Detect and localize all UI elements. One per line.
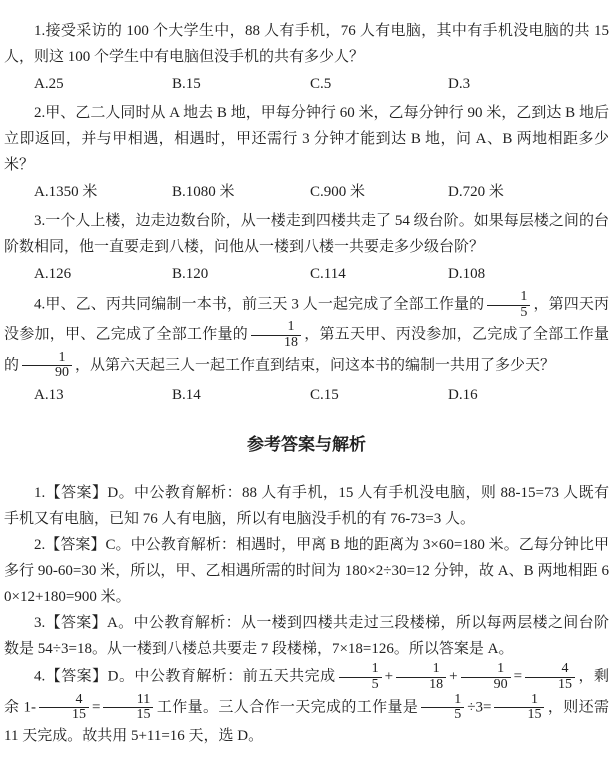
option-a: A.1350 米	[34, 179, 172, 205]
exam-document: 1.接受采访的 100 个大学生中，88 人有手机，76 人有电脑，其中有手机没…	[0, 0, 615, 757]
fraction: 190	[461, 662, 511, 692]
option-a: A.13	[34, 382, 172, 408]
question-1-text: 1.接受采访的 100 个大学生中，88 人有手机，76 人有电脑，其中有手机没…	[4, 18, 609, 70]
answers-heading: 参考答案与解析	[4, 434, 609, 456]
fraction: 415	[525, 662, 575, 692]
option-b: B.120	[172, 261, 310, 287]
option-c: C.900 米	[310, 179, 448, 205]
option-c: C.15	[310, 382, 448, 408]
fraction: 118	[251, 320, 301, 350]
answer-1-text: 1.【答案】D。中公教育解析：88 人有手机，15 人有手机没电脑，则 88-1…	[4, 480, 609, 532]
option-b: B.14	[172, 382, 310, 408]
option-b: B.15	[172, 71, 310, 97]
option-d: D.3	[448, 71, 586, 97]
fraction: 15	[339, 662, 382, 692]
question-2-options: A.1350 米 B.1080 米 C.900 米 D.720 米	[4, 179, 609, 205]
option-a: A.126	[34, 261, 172, 287]
option-a: A.25	[34, 71, 172, 97]
option-d: D.108	[448, 261, 586, 287]
option-c: C.114	[310, 261, 448, 287]
answer-2-text: 2.【答案】C。中公教育解析：相遇时，甲离 B 地的距离为 3×60=180 米…	[4, 532, 609, 610]
question-4-options: A.13 B.14 C.15 D.16	[4, 382, 609, 408]
fraction: 15	[421, 693, 464, 723]
question-3-options: A.126 B.120 C.114 D.108	[4, 261, 609, 287]
question-3-text: 3.一个人上楼，边走边数台阶，从一楼走到四楼共走了 54 级台阶。如果每层楼之间…	[4, 208, 609, 260]
fraction: 415	[39, 693, 89, 723]
fraction: 118	[396, 662, 446, 692]
option-d: D.720 米	[448, 179, 586, 205]
fraction: 190	[22, 351, 72, 381]
answer-3-text: 3.【答案】A。中公教育解析：从一楼到四楼共走过三段楼梯，所以每两层楼之间台阶数…	[4, 610, 609, 662]
fraction: 15	[487, 290, 530, 320]
fraction: 115	[494, 693, 544, 723]
option-b: B.1080 米	[172, 179, 310, 205]
answer-4-text: 4.【答案】D。中公教育解析：前五天共完成15+118+190=415，剩余 1…	[4, 662, 609, 749]
option-c: C.5	[310, 71, 448, 97]
question-1-options: A.25 B.15 C.5 D.3	[4, 71, 609, 97]
option-d: D.16	[448, 382, 586, 408]
question-2-text: 2.甲、乙二人同时从 A 地去 B 地，甲每分钟行 60 米，乙每分钟行 90 …	[4, 100, 609, 178]
question-4-text: 4.甲、乙、丙共同编制一本书，前三天 3 人一起完成了全部工作量的15，第四天丙…	[4, 290, 609, 381]
fraction: 1115	[103, 693, 153, 723]
